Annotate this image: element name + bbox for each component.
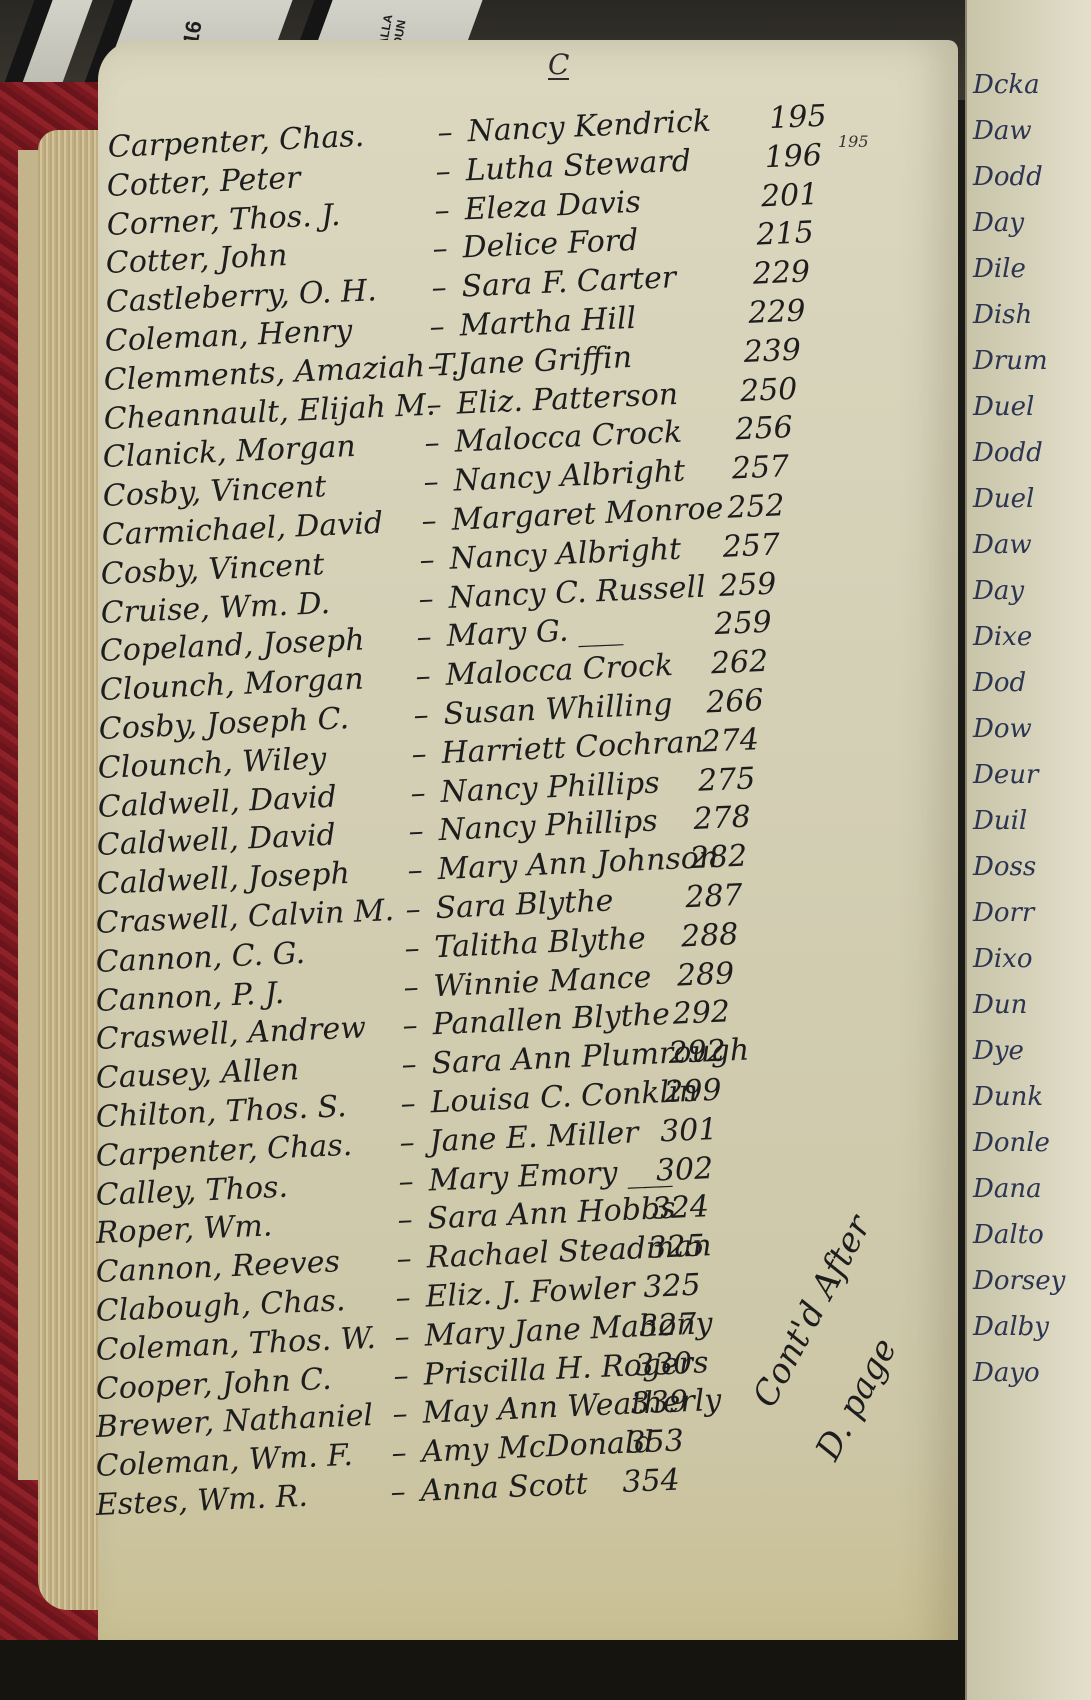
page-number: 229 <box>748 293 807 330</box>
page-number: 354 <box>622 1463 681 1500</box>
groom-name: Cotter, Peter <box>107 160 302 203</box>
separator: – <box>408 814 425 850</box>
separator: – <box>424 426 441 462</box>
page-number: 259 <box>714 605 773 642</box>
separator: – <box>397 1203 414 1239</box>
page-number: 215 <box>756 216 815 253</box>
separator: – <box>411 736 428 772</box>
groom-name: Causey, Allen <box>95 1052 300 1096</box>
bride-name: Delice Ford <box>462 223 639 266</box>
bride-name: Martha Hill <box>459 301 637 344</box>
page-number: 339 <box>630 1385 689 1422</box>
separator: – <box>396 1241 413 1277</box>
page-number: 274 <box>701 722 760 759</box>
page-number: 301 <box>659 1112 718 1149</box>
page-number: 195 <box>768 99 827 136</box>
separator: – <box>400 1086 417 1122</box>
bride-name: Mary G. ___ <box>446 612 624 655</box>
page-number: 330 <box>634 1346 693 1383</box>
separator: – <box>413 698 430 734</box>
page-number: 288 <box>680 917 739 954</box>
page-number: 275 <box>697 761 756 798</box>
separator: – <box>430 270 447 306</box>
separator: – <box>406 853 423 889</box>
separator: – <box>403 970 420 1006</box>
marriage-index-list: Carpenter, Chas.–Nancy Kendrick195Cotter… <box>0 0 1091 1700</box>
separator: – <box>421 503 438 539</box>
page-number: 278 <box>693 800 752 837</box>
separator: – <box>393 1358 410 1394</box>
groom-name: Roper, Wm. <box>95 1209 273 1252</box>
bride-name: Eleza Davis <box>464 184 642 227</box>
separator: – <box>426 387 443 423</box>
separator: – <box>405 892 422 928</box>
separator: – <box>419 542 436 578</box>
separator: – <box>410 775 427 811</box>
groom-name: Calley, Thos. <box>95 1169 289 1212</box>
page-number: 229 <box>752 254 811 291</box>
page-number: 289 <box>676 956 735 993</box>
page-number: 252 <box>727 488 786 525</box>
groom-name: Cotter, John <box>105 238 288 281</box>
groom-name: Carpenter, Chas. <box>107 119 365 165</box>
separator: – <box>391 1436 408 1472</box>
page-number: 282 <box>689 839 748 876</box>
bride-name: Jane Griffin <box>457 340 633 383</box>
separator: – <box>402 1008 419 1044</box>
separator: – <box>429 309 446 345</box>
page-number: 257 <box>731 449 790 486</box>
separator: – <box>401 1047 418 1083</box>
separator: – <box>394 1319 411 1355</box>
page-number: 259 <box>718 566 777 603</box>
separator: – <box>395 1280 412 1316</box>
page-number: 325 <box>643 1268 702 1305</box>
page-number: 302 <box>655 1151 714 1188</box>
table-shadow <box>0 1640 965 1700</box>
bride-name: Anna Scott <box>420 1467 589 1509</box>
page-number: 325 <box>647 1229 706 1266</box>
page-number: 239 <box>743 332 802 369</box>
separator: – <box>422 465 439 501</box>
separator: – <box>404 931 421 967</box>
page-number: 256 <box>735 410 794 447</box>
bride-name: Nancy Kendrick <box>467 104 712 150</box>
separator: – <box>392 1397 409 1433</box>
page-number: 250 <box>739 371 798 408</box>
separator: – <box>390 1474 407 1510</box>
separator: – <box>435 154 452 190</box>
page-number: 299 <box>664 1073 723 1110</box>
page-number: 196 <box>764 138 823 175</box>
separator: – <box>418 581 435 617</box>
separator: – <box>432 231 449 267</box>
page-number: 292 <box>668 1034 727 1071</box>
separator: – <box>398 1164 415 1200</box>
page-number: 201 <box>760 177 819 214</box>
page-number: 292 <box>672 995 731 1032</box>
separator: – <box>399 1125 416 1161</box>
separator: – <box>414 659 431 695</box>
separator: – <box>437 115 454 151</box>
separator: – <box>416 620 433 656</box>
page-number: 353 <box>626 1424 685 1461</box>
separator: – <box>434 193 451 229</box>
page-number: 327 <box>638 1307 697 1344</box>
separator: – <box>427 348 444 384</box>
groom-name: Cannon, P. J. <box>95 975 285 1018</box>
bride-name: Sara Blythe <box>435 883 614 926</box>
page-number: 257 <box>722 527 781 564</box>
page-number: 287 <box>685 878 744 915</box>
page-number: 324 <box>651 1190 710 1227</box>
page-number: 262 <box>710 644 769 681</box>
page-number: 266 <box>706 683 765 720</box>
